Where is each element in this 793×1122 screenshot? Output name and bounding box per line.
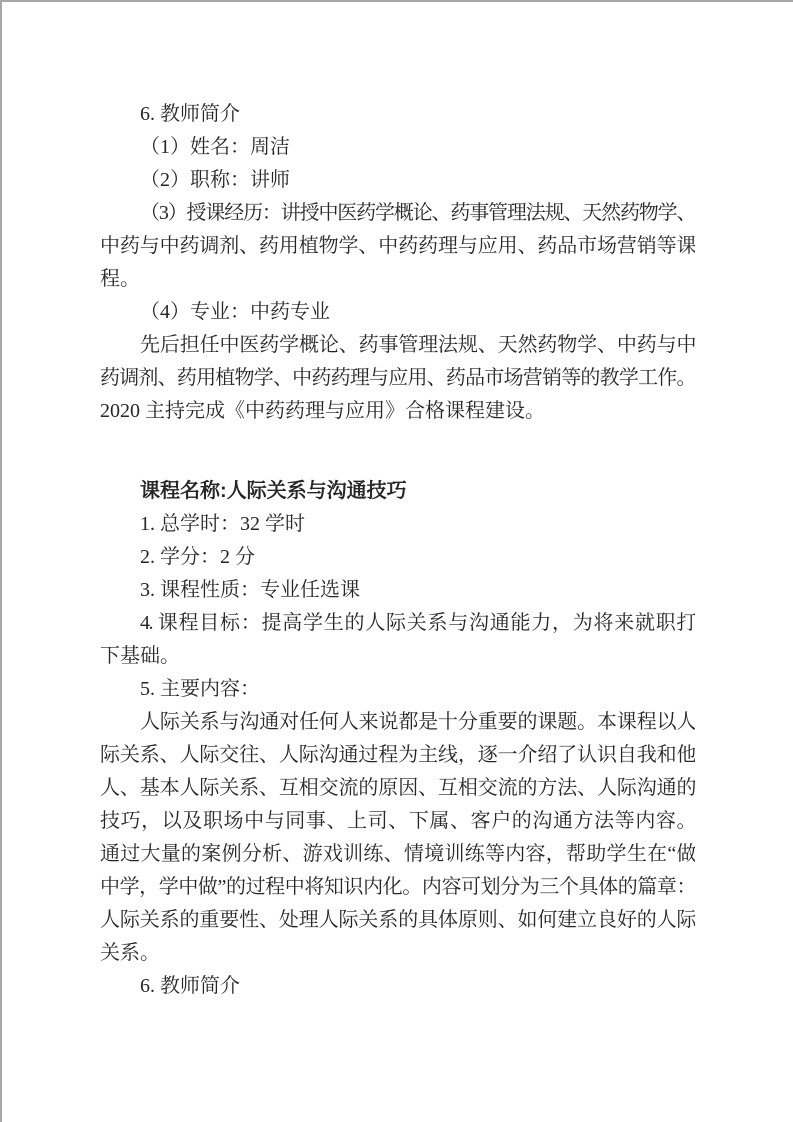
text-line: 中药与中药调剂、药用植物学、中药药理与应用、药品市场营销等课 (100, 230, 695, 263)
text-line: （3）授课经历：讲授中医药学概论、药事管理法规、天然药物学、 (100, 197, 695, 230)
course-title: 课程名称:人际关系与沟通技巧 (100, 475, 695, 508)
text-block: 6. 教师简介（1）姓名：周洁（2）职称：讲师（3）授课经历：讲授中医药学概论、… (100, 98, 695, 1003)
text-line: 程。 (100, 263, 695, 296)
text-line: 2. 学分：2 分 (100, 541, 695, 574)
text-line: 中学，学中做”的过程中将知识内化。内容可划分为三个具体的篇章： (100, 871, 695, 904)
text-line: 人、基本人际关系、互相交流的原因、互相交流的方法、人际沟通的 (100, 772, 695, 805)
text-line: （2）职称：讲师 (100, 164, 695, 197)
text-line: 关系。 (100, 937, 695, 970)
text-line: 5. 主要内容： (100, 673, 695, 706)
text-line: 技巧，以及职场中与同事、上司、下属、客户的沟通方法等内容。 (100, 805, 695, 838)
text-line: 1. 总学时：32 学时 (100, 508, 695, 541)
text-line: 通过大量的案例分析、游戏训练、情境训练等内容，帮助学生在“做 (100, 838, 695, 871)
text-line: 3. 课程性质：专业任选课 (100, 574, 695, 607)
text-line: 人际关系的重要性、处理人际关系的具体原则、如何建立良好的人际 (100, 904, 695, 937)
text-line: 先后担任中医药学概论、药事管理法规、天然药物学、中药与中 (100, 329, 695, 362)
text-line: 际关系、人际交往、人际沟通过程为主线，逐一介绍了认识自我和他 (100, 739, 695, 772)
text-line: （1）姓名：周洁 (100, 131, 695, 164)
text-line: 药调剂、药用植物学、中药药理与应用、药品市场营销等的教学工作。 (100, 362, 695, 395)
text-line: 人际关系与沟通对任何人来说都是十分重要的课题。本课程以人 (100, 706, 695, 739)
paragraph-spacer (100, 428, 695, 475)
text-line: 2020 主持完成《中药药理与应用》合格课程建设。 (100, 395, 695, 428)
document-page: 6. 教师简介（1）姓名：周洁（2）职称：讲师（3）授课经历：讲授中医药学概论、… (0, 0, 793, 1122)
text-line: 6. 教师简介 (100, 98, 695, 131)
text-line: 4. 课程目标：提高学生的人际关系与沟通能力，为将来就职打 (100, 607, 695, 640)
text-line: （4）专业：中药专业 (100, 296, 695, 329)
text-line: 6. 教师简介 (100, 970, 695, 1003)
text-line: 下基础。 (100, 640, 695, 673)
